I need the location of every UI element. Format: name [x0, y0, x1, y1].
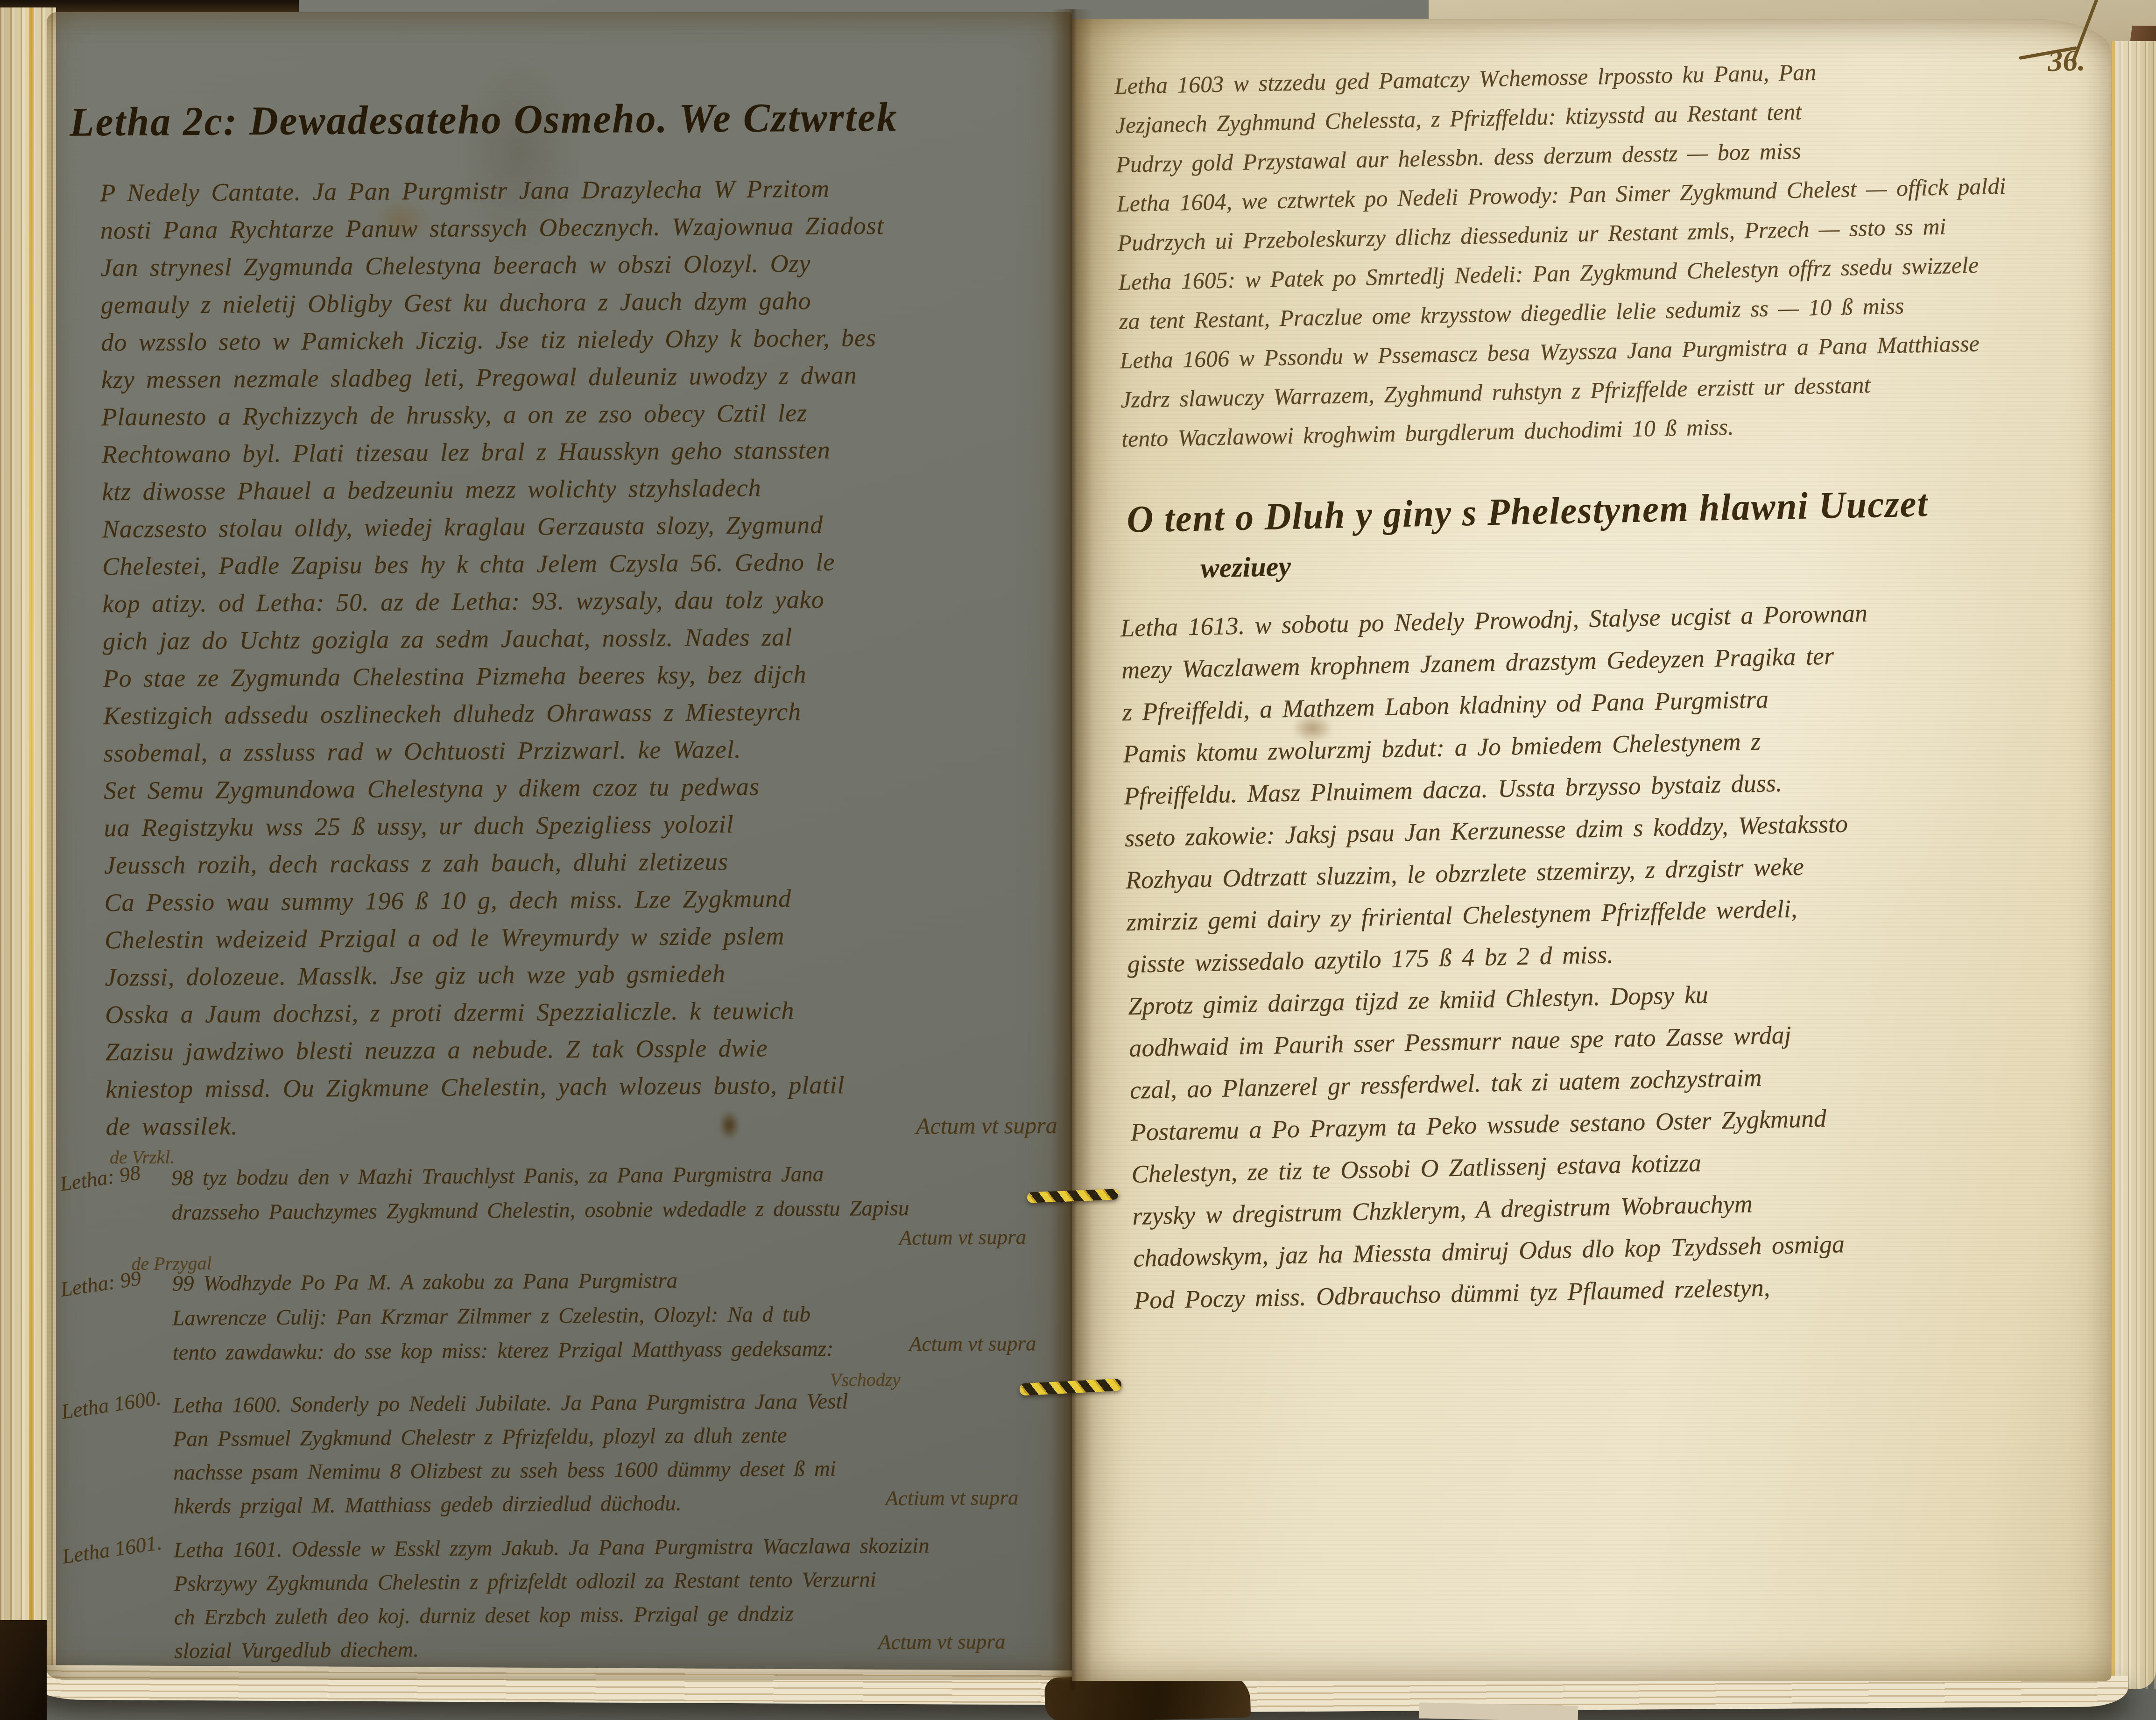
manuscript-line: Zazisu jawdziwo blesti neuzza a nebude. …: [105, 1028, 1067, 1071]
manuscript-line: ktz diwosse Phauel a bedzeuniu mezz woli…: [102, 467, 1064, 511]
right-page-settlement-paragraph: Letha 1613. w sobotu po Nedely Prowodnj,…: [1120, 587, 2138, 1321]
manuscript-line: Letha 1601. Odessle w Esskl zzym Jakub. …: [174, 1528, 1065, 1567]
left-page-body: P Nedely Cantate. Ja Pan Purgmistr Jana …: [100, 169, 1068, 1146]
manuscript-line: Osska a Jaum dochzsi, z proti dzermi Spe…: [105, 990, 1067, 1034]
manuscript-line: Chelestin wdeizeid Przigal a od le Wreym…: [105, 916, 1066, 959]
manuscript-line: nachsse psam Nemimu 8 Olizbest zu sseh b…: [173, 1451, 1065, 1490]
manuscript-line: Jan strynesl Zygmunda Chelestyna beerach…: [100, 243, 1062, 287]
manuscript-line: drazsseho Pauchzymes Zygkmund Chelestin,…: [171, 1190, 1063, 1230]
actum-note: Actum vt supra: [590, 1112, 1057, 1142]
manuscript-line: Ca Pessio wau summy 196 ß 10 g, dech mis…: [104, 878, 1066, 922]
manuscript-line: Lawrencze Culij: Pan Krzmar Zilmmer z Cz…: [172, 1296, 1064, 1336]
manuscript-line: P Nedely Cantate. Ja Pan Purgmistr Jana …: [100, 169, 1062, 212]
actum-note: Actum vt supra: [909, 1331, 1036, 1356]
entry-year-label: Letha 1601.: [61, 1529, 173, 1569]
entry-lines: 98 tyz bodzu den v Mazhi Trauchlyst Pani…: [171, 1156, 1064, 1230]
right-page-year-entries: Letha 1603 w stzzedu ged Pamatczy Wchemo…: [1114, 46, 2116, 458]
manuscript-line: ssobemal, a zssluss rad w Ochtuosti Przi…: [103, 729, 1065, 772]
left-page-heading: Letha 2c: Dewadesateho Osmeho. We Cztwrt…: [70, 94, 898, 146]
manuscript-line: nosti Pana Rychtarze Panuw starssych Obe…: [100, 206, 1062, 249]
manuscript-line: Chelestei, Padle Zapisu bes hy k chta Je…: [102, 542, 1064, 585]
actum-note: Actium vt supra: [885, 1485, 1018, 1510]
section-subheading: weziuey: [1200, 550, 1291, 585]
manuscript-line: gemauly z nieletij Obligby Gest ku ducho…: [101, 281, 1063, 324]
manuscript-line: Plaunesto a Rychizzych de hrussky, a on …: [101, 393, 1063, 436]
manuscript-line: ch Erzbch zuleth deo koj. durniz deset k…: [174, 1595, 1066, 1635]
manuscript-line: Kestizgich adssedu oszlineckeh dluhedz O…: [103, 691, 1065, 735]
right-page-content: 36. Letha 1603 w stzzedu ged Pamatczy Wc…: [1072, 0, 2144, 1680]
ledger-entry-year-99: Letha: 99 99 Wodhzyde Po Pa M. A zakobu …: [60, 1261, 1069, 1371]
manuscript-line: do wzsslo seto w Pamickeh Jiczig. Jse ti…: [101, 318, 1063, 361]
left-page: Letha 2c: Dewadesateho Osmeho. We Cztwrt…: [47, 12, 1072, 1680]
manuscript-line: Pan Pssmuel Zygkmund Chelestr z Pfrizfel…: [173, 1417, 1064, 1456]
entry-year-label: Letha 1600.: [60, 1384, 172, 1424]
manuscript-line: 98 tyz bodzu den v Mazhi Trauchlyst Pani…: [171, 1156, 1063, 1196]
manuscript-line: kop atizy. od Letha: 50. az de Letha: 93…: [102, 579, 1064, 623]
right-page: 36. Letha 1603 w stzzedu ged Pamatczy Wc…: [1072, 19, 2111, 1681]
manuscript-line: Set Semu Zygmundowa Chelestyna y dikem c…: [104, 766, 1065, 810]
manuscript-line: kzy messen nezmale sladbeg leti, Pregowa…: [101, 355, 1063, 399]
manuscript-line: ua Registzyku wss 25 ß ussy, ur duch Spe…: [104, 804, 1065, 847]
manuscript-line: Jozssi, dolozeue. Masslk. Jse giz uch wz…: [105, 953, 1066, 996]
manuscript-line: 99 Wodhzyde Po Pa M. A zakobu za Pana Pu…: [172, 1261, 1064, 1301]
manuscript-line: Po stae ze Zygmunda Chelestina Pizmeha b…: [103, 654, 1064, 698]
ledger-entry-year-1600: Letha 1600. Letha 1600. Sonderly po Nede…: [61, 1383, 1070, 1524]
manuscript-line: gich jaz do Uchtz gozigla za sedm Jaucha…: [103, 617, 1064, 660]
actum-note: Actum vt supra: [878, 1629, 1006, 1655]
book-gutter-fold: [1051, 9, 1092, 1690]
left-page-content: Letha 2c: Dewadesateho Osmeho. We Cztwrt…: [47, 6, 1082, 1680]
manuscript-line: Rechtowano byl. Plati tizesau lez bral z…: [102, 430, 1064, 473]
manuscript-line: Pskrzywy Zygkmunda Chelestin z pfrizfeld…: [174, 1562, 1065, 1601]
manuscript-line: kniestop missd. Ou Zigkmune Chelestin, y…: [106, 1065, 1067, 1108]
manuscript-line: Naczsesto stolau olldy, wiedej kraglau G…: [102, 505, 1064, 548]
entry-year-label: Letha: 98: [58, 1156, 170, 1196]
entry-year-label: Letha: 99: [59, 1262, 171, 1302]
ledger-entry-year-98: Letha: 98 98 tyz bodzu den v Mazhi Trauc…: [59, 1156, 1068, 1231]
manuscript-line: Jeussch rozih, dech rackass z zah bauch,…: [104, 841, 1066, 884]
actum-note: Actum vt supra: [899, 1225, 1026, 1250]
debt-account-section-heading: O tent o Dluh y giny s Phelestynem hlawn…: [1127, 481, 1929, 541]
manuscript-line: Letha 1600. Sonderly po Nedeli Jubilate.…: [173, 1383, 1064, 1423]
open-manuscript-book-photo: Letha 2c: Dewadesateho Osmeho. We Cztwrt…: [0, 0, 2156, 1720]
book-cover-bottom-left: [0, 1620, 47, 1720]
ledger-entry-year-1601: Letha 1601. Letha 1601. Odessle w Esskl …: [62, 1528, 1071, 1669]
loose-paper-scrap: [1419, 1702, 1578, 1720]
